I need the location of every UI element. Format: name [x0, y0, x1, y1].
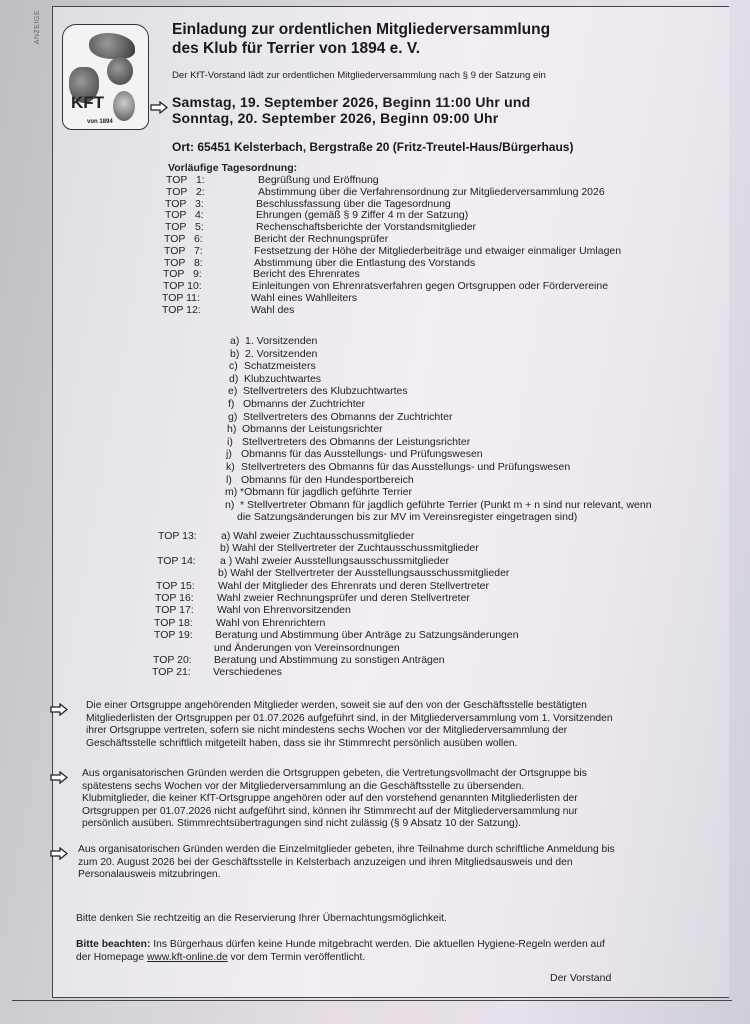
notice-paragraph: Aus organisatorischen Gründen werden die…	[78, 844, 615, 882]
page-title: Einladung zur ordentlichen Mitgliederver…	[172, 20, 550, 58]
arrow-right-icon	[150, 101, 168, 114]
logo-subtext: von 1894	[87, 119, 113, 125]
yorkie-icon	[113, 91, 135, 121]
margin-label: ANZEIGE	[34, 10, 41, 44]
item-text: a) Wahl zweier Zuchtausschussmitglieder	[221, 530, 414, 542]
item-text: Stellvertreters des Klubzuchtwartes	[243, 385, 408, 397]
item-text: Bericht des Ehrenrates	[253, 268, 360, 280]
bottom-rule	[12, 1000, 732, 1001]
notice-line: Mitgliederlisten der Ortsgruppen per 01.…	[86, 713, 613, 726]
item-text: Wahl der Mitglieder des Ehrenrats und de…	[218, 580, 489, 592]
top-number: TOP 21:	[152, 666, 191, 678]
item-text: Stellvertreters des Obmanns der Zuchtric…	[243, 411, 453, 423]
date-line-2: Sonntag, 20. September 2026, Beginn 09:0…	[172, 110, 530, 126]
intro-text: Der KfT-Vorstand lädt zur ordentlichen M…	[172, 70, 546, 81]
top-number: TOP 16:	[155, 592, 194, 604]
sub-letter: d)	[229, 373, 238, 385]
arrow-right-icon	[50, 771, 68, 784]
top-number: TOP 5:	[165, 221, 204, 233]
top-number: TOP 12:	[162, 304, 201, 316]
agenda-heading: Vorläufige Tagesordnung:	[168, 162, 297, 174]
item-text: 1. Vorsitzenden	[245, 335, 317, 347]
kft-logo: KFT von 1894	[62, 24, 149, 130]
sub-letter: n)	[225, 499, 234, 511]
logo-text: KFT	[71, 93, 104, 113]
item-text: Wahl eines Wahlleiters	[251, 292, 357, 304]
item-text: Begrüßung und Eröffnung	[258, 174, 379, 186]
top-number: TOP 3:	[165, 198, 204, 210]
item-text: b) Wahl der Stellvertreter der Ausstellu…	[218, 567, 509, 579]
item-text: Obmanns der Leistungsrichter	[242, 423, 383, 435]
sub-letter: h)	[227, 423, 236, 435]
date-line-1: Samstag, 19. September 2026, Beginn 11:0…	[172, 94, 530, 110]
top-number: TOP 19:	[154, 629, 193, 641]
attention-label: Bitte beachten:	[76, 939, 150, 950]
item-text: * Stellvertreter Obmann für jagdlich gef…	[240, 499, 652, 511]
notice-line: ihrer Ortsgruppe vertreten, sofern sie n…	[86, 725, 613, 738]
sub-letter: e)	[228, 385, 237, 397]
notice-line: Geschäftsstelle schriftlich mitgeteilt h…	[86, 738, 613, 751]
item-text: Verschiedenes	[213, 666, 282, 678]
sub-letter: b)	[230, 348, 239, 360]
notice-line: Personalausweis mitzubringen.	[78, 869, 615, 882]
item-text: Beratung und Abstimmung zu sonstigen Ant…	[214, 654, 445, 666]
top-number: TOP 10:	[163, 280, 202, 292]
sub-letter: m)	[225, 486, 237, 498]
sub-letter: a)	[230, 335, 239, 347]
arrow-right-icon	[50, 703, 68, 716]
meeting-dates: Samstag, 19. September 2026, Beginn 11:0…	[172, 94, 530, 126]
sub-letter: f)	[228, 398, 234, 410]
top-number: TOP 18:	[154, 617, 193, 629]
notice-line: Klubmitglieder, die keiner KfT-Ortsgrupp…	[82, 793, 587, 806]
title-line-2: des Klub für Terrier von 1894 e. V.	[172, 39, 550, 58]
top-number: TOP 1:	[166, 174, 205, 186]
item-text: Stellvertreters des Obmanns für das Auss…	[241, 461, 570, 473]
arrow-right-icon	[50, 847, 68, 860]
notice-paragraph: Aus organisatorischen Gründen werden die…	[82, 768, 587, 831]
top-number: TOP 6:	[164, 233, 203, 245]
item-text: Bericht der Rechnungsprüfer	[254, 233, 388, 245]
attention-text-3: vor dem Termin veröffentlicht.	[228, 952, 366, 963]
item-text: Schatzmeisters	[244, 360, 316, 372]
top-number: TOP 15:	[156, 580, 195, 592]
item-text: Abstimmung über die Verfahrensordnung zu…	[258, 186, 605, 198]
notice-line: Aus organisatorischen Gründen werden die…	[82, 768, 587, 781]
top-number: TOP 11:	[162, 292, 200, 304]
sub-letter: c)	[229, 360, 238, 372]
item-text: Klubzuchtwartes	[244, 373, 321, 385]
item-text: und Änderungen von Vereinsordnungen	[214, 642, 400, 654]
item-text: Rechenschaftsberichte der Vorstandsmitgl…	[256, 221, 476, 233]
sub-letter: g)	[228, 411, 237, 423]
attention-note: Bitte beachten: Ins Bürgerhaus dürfen ke…	[76, 938, 605, 964]
item-text: 2. Vorsitzenden	[245, 348, 317, 360]
top-number: TOP 9:	[163, 268, 202, 280]
top-number: TOP 13:	[158, 530, 197, 542]
item-text: *Obmann für jagdlich geführte Terrier	[240, 486, 412, 498]
item-text: Wahl zweier Rechnungsprüfer und deren St…	[217, 592, 470, 604]
item-text: Wahl von Ehrenvorsitzenden	[217, 604, 351, 616]
item-text: Beschlussfassung über die Tagesordnung	[256, 198, 451, 210]
notice-paragraph: Die einer Ortsgruppe angehörenden Mitgli…	[86, 700, 613, 750]
item-text: Abstimmung über die Entlastung des Vorst…	[254, 257, 475, 269]
item-text: a ) Wahl zweier Ausstellungsausschussmit…	[220, 555, 449, 567]
item-text: Obmanns für den Hundesportbereich	[241, 474, 414, 486]
top-number: TOP 7:	[164, 245, 203, 257]
top-number: TOP 4:	[165, 209, 204, 221]
notice-line: zum 20. August 2026 bei der Geschäftsste…	[78, 857, 615, 870]
item-text: Wahl des	[251, 304, 294, 316]
top-number: TOP 2:	[166, 186, 205, 198]
sub-letter: i)	[227, 436, 233, 448]
top-number: TOP 17:	[155, 604, 194, 616]
top-number: TOP 20:	[153, 654, 192, 666]
notice-line: Die einer Ortsgruppe angehörenden Mitgli…	[86, 700, 613, 713]
item-text: Einleitungen von Ehrenratsverfahren gege…	[252, 280, 608, 292]
notice-line: spätestens sechs Wochen vor der Mitglied…	[82, 781, 587, 794]
attention-text-2: der Homepage	[76, 952, 147, 963]
notice-line: Ortsgruppen per 01.07.2026 nicht aufgefü…	[82, 806, 587, 819]
item-text: Ehrungen (gemäß § 9 Ziffer 4 m der Satzu…	[256, 209, 468, 221]
item-text: die Satzungsänderungen bis zur MV im Ver…	[237, 511, 577, 523]
sub-letter: l)	[226, 474, 232, 486]
item-text: Festsetzung der Höhe der Mitgliederbeitr…	[254, 245, 621, 257]
terrier-head-icon	[107, 57, 133, 85]
item-text: Stellvertreters des Obmanns der Leistung…	[242, 436, 470, 448]
item-text: b) Wahl der Stellvertreter der Zuchtauss…	[220, 542, 479, 554]
meeting-place: Ort: 65451 Kelsterbach, Bergstraße 20 (F…	[172, 140, 573, 154]
sub-letter: k)	[226, 461, 235, 473]
attention-text-1: Ins Bürgerhaus dürfen keine Hunde mitgeb…	[150, 939, 604, 950]
title-line-1: Einladung zur ordentlichen Mitgliederver…	[172, 20, 550, 39]
reservation-note: Bitte denken Sie rechtzeitig an die Rese…	[76, 913, 447, 924]
terrier-head-icon	[89, 33, 135, 59]
homepage-link[interactable]: www.kft-online.de	[147, 952, 228, 963]
item-text: Wahl von Ehrenrichtern	[216, 617, 325, 629]
signature: Der Vorstand	[550, 972, 611, 984]
notice-line: persönlich ausüben. Stimmrechtsübertragu…	[82, 818, 587, 831]
item-text: Beratung und Abstimmung über Anträge zu …	[215, 629, 519, 641]
sub-letter: j)	[226, 448, 232, 460]
top-number: TOP 14:	[157, 555, 196, 567]
item-text: Obmanns der Zuchtrichter	[243, 398, 365, 410]
top-number: TOP 8:	[164, 257, 203, 269]
item-text: Obmanns für das Ausstellungs- und Prüfun…	[241, 448, 483, 460]
notice-line: Aus organisatorischen Gründen werden die…	[78, 844, 615, 857]
